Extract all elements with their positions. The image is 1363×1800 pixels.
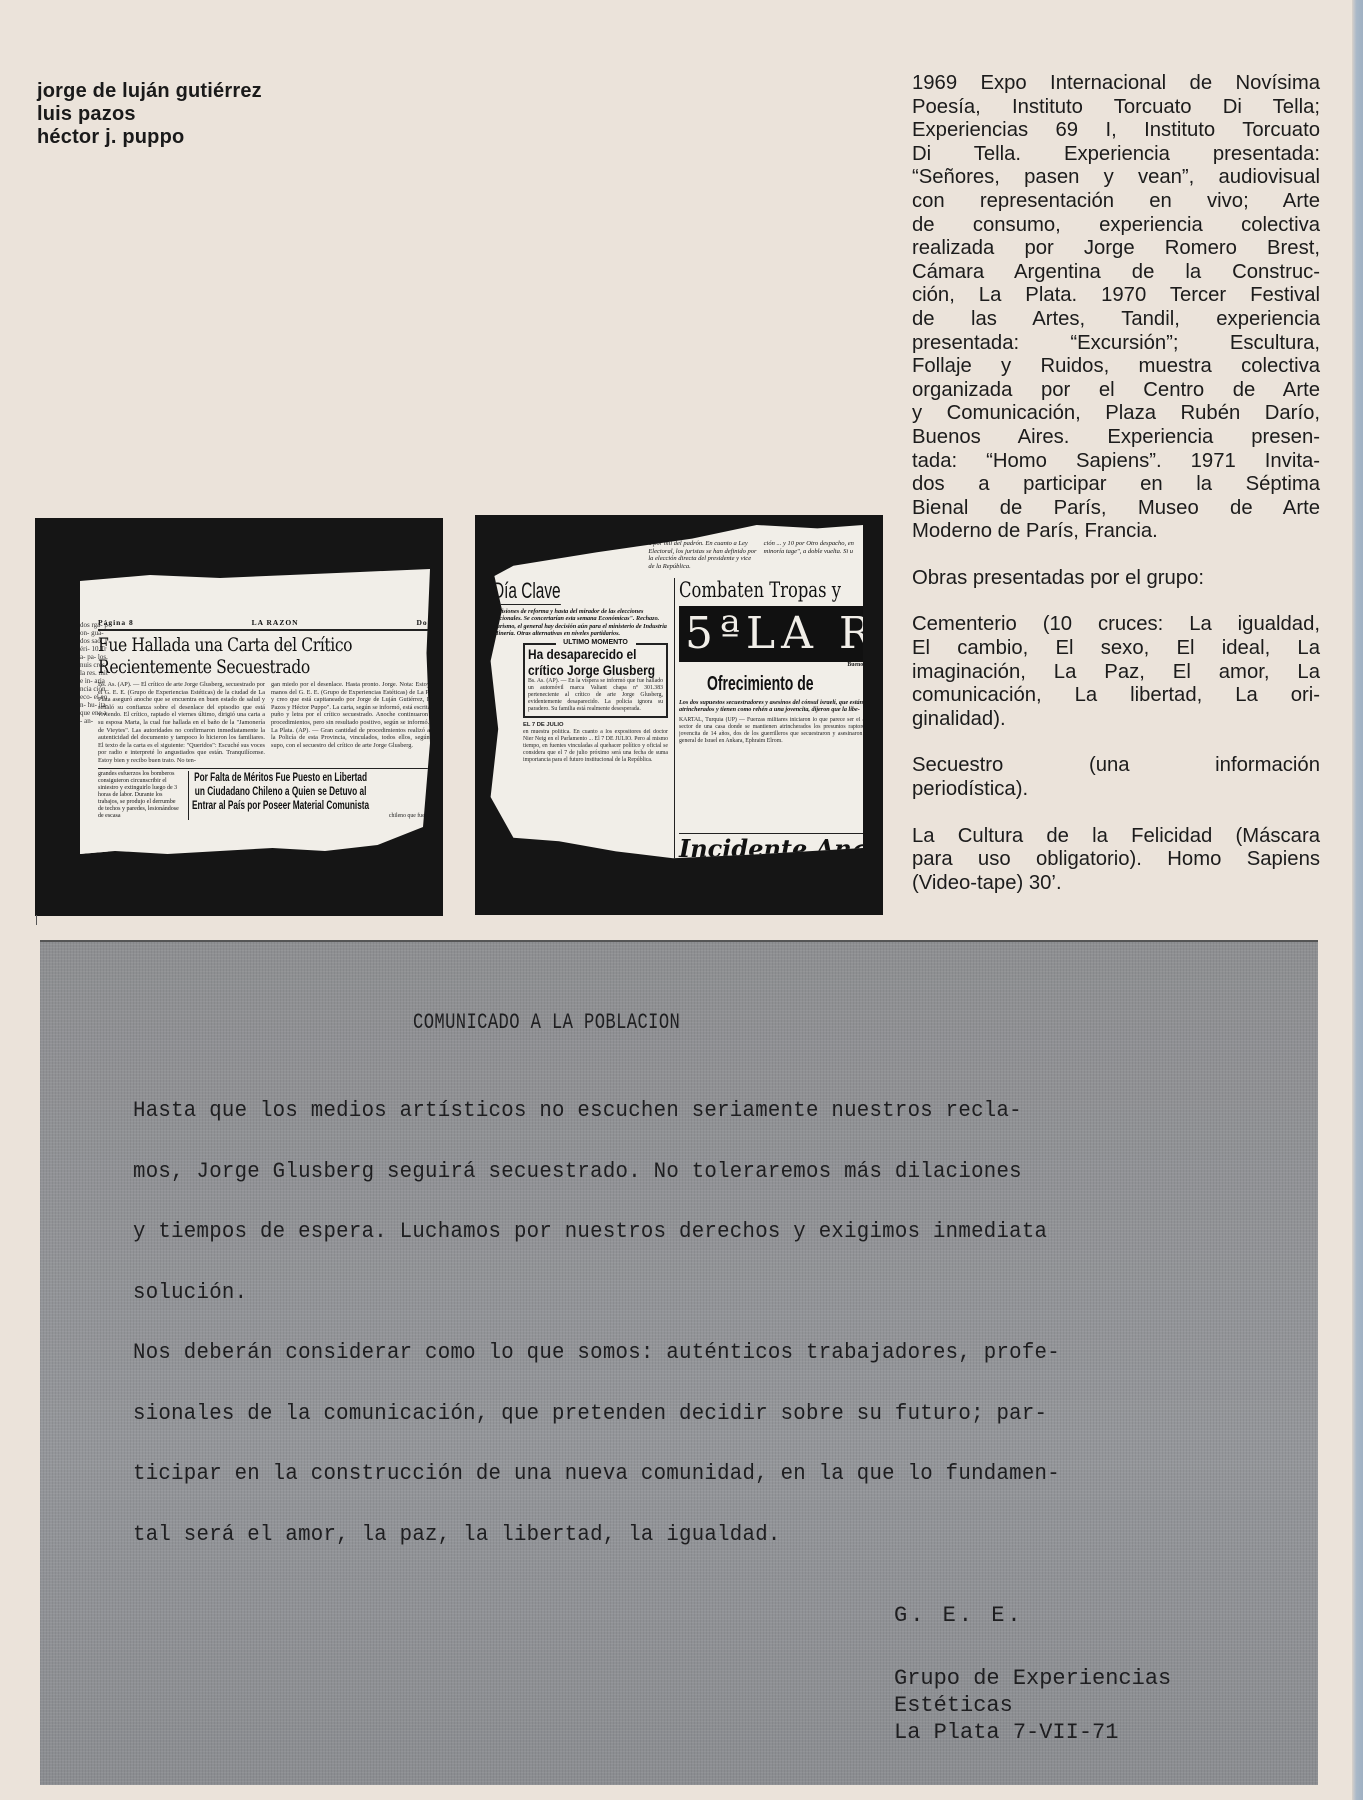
author-name: héctor j. puppo [37, 126, 262, 149]
author-name: luis pazos [37, 103, 262, 126]
bottom-row: HACE UNA DENUNCIA Un Submarino Ingl [679, 865, 883, 876]
article-col-right: gan miedo por el desenlace. Hasta pronto… [271, 681, 438, 765]
headline-line: Recientemente Secuestrado [98, 656, 377, 678]
box-headline-line: Ha desaparecido el [528, 646, 643, 662]
left-body: en muestra política. En cuanto a los exp… [493, 729, 668, 879]
bottom-box: HACE UNA DENUNCIA [679, 865, 761, 876]
communique-line: solución. [133, 1279, 1060, 1340]
text-line: Bienal de París, Museo de Arte [912, 497, 1320, 521]
author-name: jorge de luján gutiérrez [37, 80, 262, 103]
communique-line: Nos deberán considerar como lo que somos… [133, 1339, 1060, 1400]
communique-panel: COMUNICADO A LA POBLACION Hasta que los … [40, 940, 1318, 1785]
text-line: y Comunicación, Plaza Rubén Darío, [912, 402, 1320, 426]
masthead-logo: 5ªLA R [679, 606, 883, 662]
torn-newsprint: dos rga- pon- gua- dos sao. Jéri- 10 Tra… [80, 563, 430, 863]
text-line: tada: “Homo Sapiens”. 1971 Invita- [912, 450, 1320, 474]
crop-mark [36, 915, 37, 925]
text-line: ción, La Plata. 1970 Tercer Festival [912, 284, 1320, 308]
bio-column: 1969 Expo Internacional de NovísimaPoesí… [912, 72, 1320, 918]
works-heading: Obras presentadas por el grupo: [912, 567, 1320, 591]
signature-line: La Plata 7-VII-71 [894, 1719, 1171, 1746]
communique-line: y tiempos de espera. Luchamos por nuestr… [133, 1218, 1060, 1279]
text-line: dos a participar en la Séptima [912, 473, 1320, 497]
page-masthead: Página 8 LA RAZON Domi [98, 618, 438, 631]
text-line: (Video-tape) 30’. [912, 872, 1320, 896]
text-line: Cementerio (10 cruces: La igualdad, [912, 613, 1320, 637]
text-line: Di Tella. Experiencia presentada: [912, 143, 1320, 167]
text-line: comunicación, La libertad, La ori- [912, 684, 1320, 708]
sub-headline-line: Por Falta de Méritos Fue Puesto en Liber… [192, 771, 369, 785]
text-line: realizada por Jorge Romero Brest, [912, 237, 1320, 261]
communique-body: Hasta que los medios artísticos no escuc… [133, 1097, 1141, 1581]
communique-line: mos, Jorge Glusberg seguirá secuestrado.… [133, 1158, 1060, 1219]
text-line: Follaje y Ruidos, muestra colectiva [912, 355, 1320, 379]
bottom-subheadline: Un Submarino Ingl [767, 865, 874, 876]
box-label: ULTIMO MOMENTO [556, 639, 636, 646]
text-line: imaginación, La Paz, El amor, La [912, 661, 1320, 685]
communique-title: COMUNICADO A LA POBLACION [413, 1010, 680, 1035]
newspaper-clipping-la-razon: dos rga- pon- gua- dos sao. Jéri- 10 Tra… [35, 518, 443, 916]
right-italic-lead: Los dos supuestos secuestradores y asesi… [679, 699, 883, 714]
bottom-headline: Incidente Ang [679, 833, 883, 863]
front-page-grid: Día Clave decisiones de reforma y hasta … [493, 578, 873, 879]
sub-article-text: grandes esfuerzos los bomberos consiguie… [98, 771, 182, 820]
signature-line: Grupo de Experiencias [894, 1665, 1171, 1692]
text-line: periodística). [912, 778, 1320, 802]
text-line: Experiencias 69 I, Instituto Torcuato [912, 119, 1320, 143]
left-headline: Día Clave [493, 578, 561, 605]
top-text-strip: estatales ideológicas a por mil del padr… [493, 540, 873, 570]
strip-col: ción ... y 10 por Otro despacho, en mino… [764, 540, 873, 570]
sub-headline-line: un Ciudadano Chileno a Quien se Detuvo a… [192, 785, 369, 799]
text-line: La Cultura de la Felicidad (Máscara [912, 825, 1320, 849]
right-headline: Combaten Tropas y [679, 578, 841, 602]
right-body: KARTAL, Turquía (UP) — Fuerzas militares… [679, 717, 883, 827]
authors-block: jorge de luján gutiérrez luis pazos héct… [37, 80, 262, 149]
masthead-city: Buenos Aires, V [679, 662, 883, 669]
date-fragment: Domi [417, 618, 439, 627]
headline-line: Fue Hallada una Carta del Crítico [98, 634, 377, 656]
newspaper-clipping-la-razon-front: estatales ideológicas a por mil del padr… [475, 515, 883, 915]
section-label: EL 7 DE JULIO [493, 722, 668, 729]
text-line: “Señores, pasen y vean”, audiovisual [912, 166, 1320, 190]
page-number: Página 8 [98, 618, 134, 627]
text-line: Poesía, Instituto Torcuato Di Tella; [912, 96, 1320, 120]
text-line: para uso obligatorio). Homo Sapiens [912, 848, 1320, 872]
left-column: Día Clave decisiones de reforma y hasta … [493, 578, 668, 879]
work-cultura-felicidad: La Cultura de la Felicidad (Máscarapara … [912, 825, 1320, 896]
text-line: con representación en vivo; Arte [912, 190, 1320, 214]
communique-line: sionales de la comunicación, que pretend… [133, 1400, 1060, 1461]
work-secuestro: Secuestro (una informaciónperiodística). [912, 754, 1320, 801]
work-cementerio: Cementerio (10 cruces: La igualdad,El ca… [912, 613, 1320, 731]
text-line: 1969 Expo Internacional de Novísima [912, 72, 1320, 96]
article-col-left: Bs. As. (AP). — El crítico de arte Jorge… [98, 681, 265, 765]
breaking-news-box: ULTIMO MOMENTO Ha desaparecido el crític… [523, 643, 668, 718]
text-line: Cámara Argentina de la Construc- [912, 261, 1320, 285]
sub-article: grandes esfuerzos los bomberos consiguie… [98, 768, 438, 820]
text-line: organizada por el Centro de Arte [912, 379, 1320, 403]
left-italic-lead: decisiones de reforma y hasta del mirado… [493, 608, 668, 637]
text-line: Buenos Aires. Experiencia presen- [912, 426, 1320, 450]
sub-tail: chileno que fuera de- [192, 813, 438, 820]
strip-col: estatales ideológicas [533, 540, 642, 570]
paper-name: LA RAZON [252, 618, 299, 627]
sub-headline-block: Por Falta de Méritos Fue Puesto en Liber… [188, 771, 438, 820]
box-headline-line: crítico Jorge Glusberg [528, 662, 643, 678]
text-line: Moderno de París, Francia. [912, 520, 1320, 544]
right-column: Combaten Tropas y 5ªLA R Buenos Aires, V… [674, 578, 883, 879]
box-text: Bs. As. (AP). — En la víspera se informó… [528, 678, 663, 713]
text-line: de consumo, experiencia colectiva [912, 214, 1320, 238]
article-columns: Bs. As. (AP). — El crítico de arte Jorge… [98, 681, 438, 765]
signature-initials: G. E. E. [894, 1602, 1171, 1629]
signature-line: Estéticas [894, 1692, 1171, 1719]
torn-newsprint: estatales ideológicas a por mil del padr… [483, 525, 863, 865]
text-line: Secuestro (una información [912, 754, 1320, 778]
text-line: ginalidad). [912, 708, 1320, 732]
page-edge [1352, 0, 1363, 1800]
text-line: presentada: “Excursión”; Escultura, [912, 332, 1320, 356]
text-line: El cambio, El sexo, El ideal, La [912, 637, 1320, 661]
sub-headline-line: Entrar al País por Poseer Material Comun… [192, 799, 369, 813]
offer-headline: Ofrecimiento de [679, 673, 824, 696]
communique-line: Hasta que los medios artísticos no escuc… [133, 1097, 1060, 1158]
text-line: de las Artes, Tandil, experiencia [912, 308, 1320, 332]
communique-line: tal será el amor, la paz, la libertad, l… [133, 1521, 1060, 1582]
communique-line: ticipar en la construcción de una nueva … [133, 1460, 1060, 1521]
exhibition-history: 1969 Expo Internacional de NovísimaPoesí… [912, 72, 1320, 544]
strip-col: a por mil del padrón. En cuanto a Ley El… [648, 540, 757, 570]
signature-block: G. E. E. Grupo de Experiencias Estéticas… [894, 1602, 1171, 1746]
